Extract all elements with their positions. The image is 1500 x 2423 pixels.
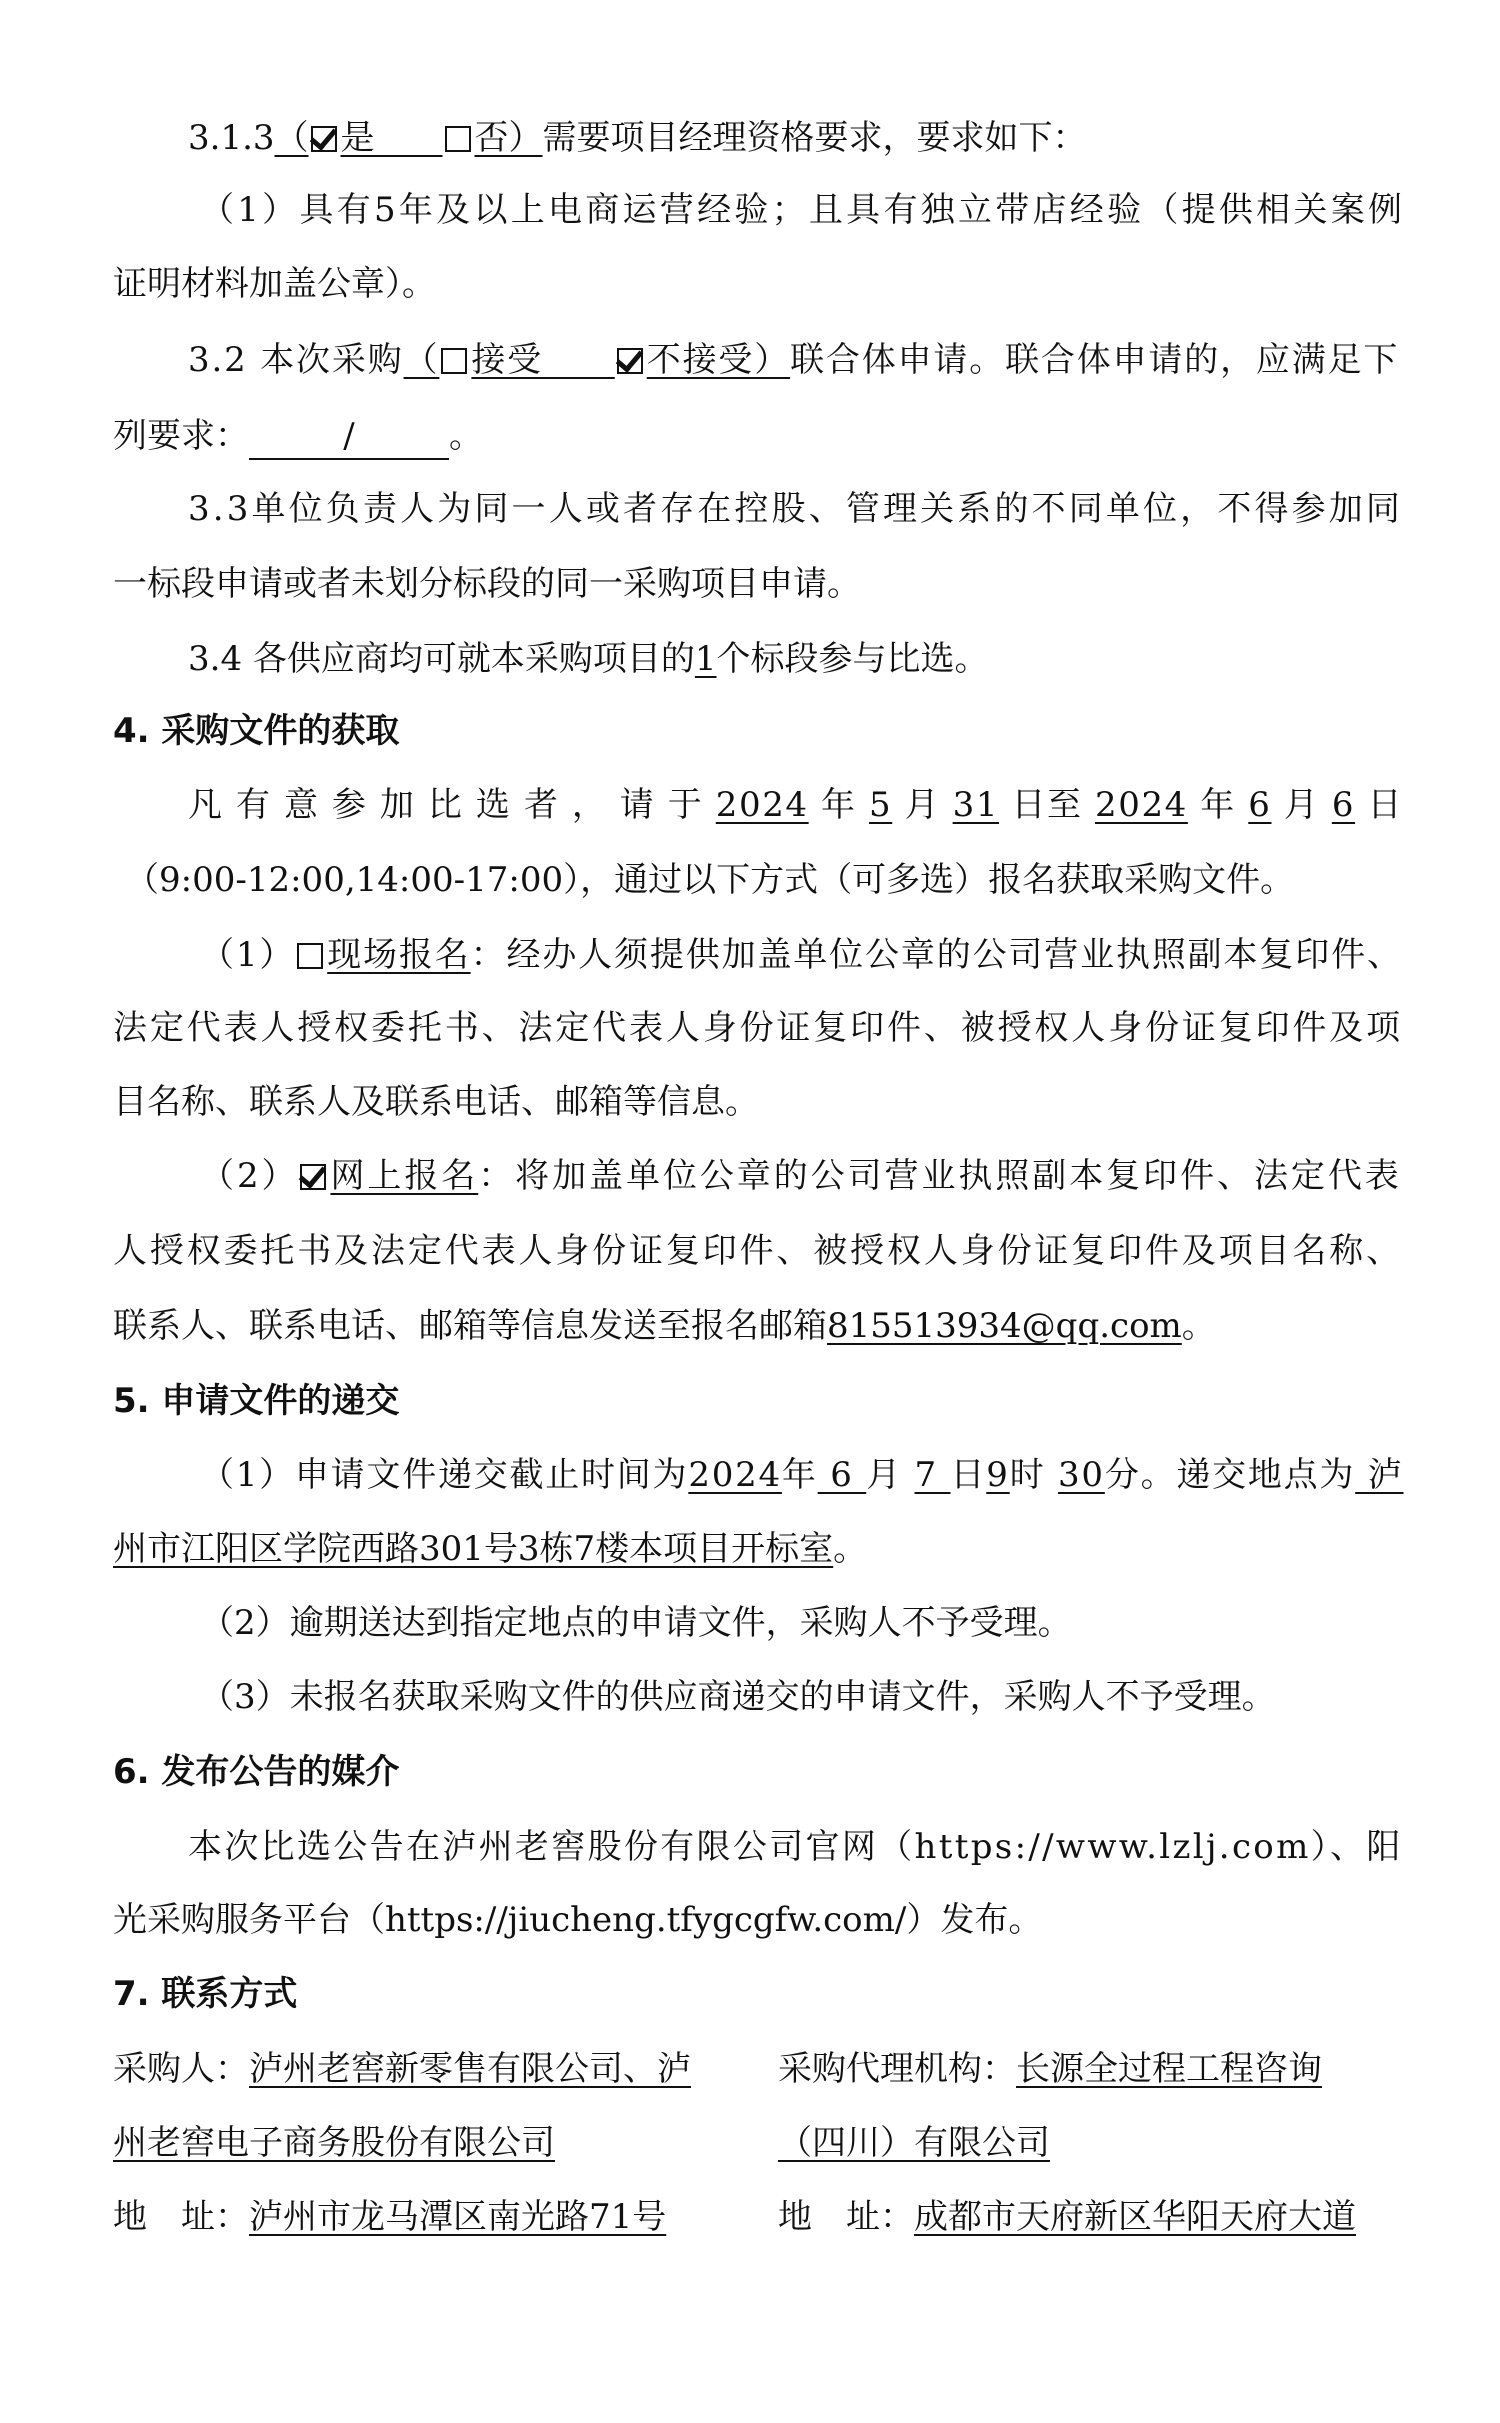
underlined-option-group: （接受 不接受） [404, 340, 791, 380]
purchaser-address: 泸州市龙马潭区南光路71号 [249, 2197, 666, 2237]
paragraph-line: （1）申请文件递交截止时间为2024年 6 月 7 日9时 30分。递交地点为 … [200, 1445, 1404, 1505]
paragraph-line: 一标段申请或者未划分标段的同一采购项目申请。 [113, 554, 861, 614]
paragraph-line: 3.1.3（是 否）需要项目经理资格要求，要求如下： [188, 108, 1087, 168]
underlined-option-group: 现场报名 [295, 935, 470, 975]
text-run: 5. 申请文件的递交 [113, 1381, 399, 1421]
text-run: 法定代表人授权委托书、法定代表人身份证复印件、被授权人身份证复印件及项 [113, 1008, 1403, 1048]
text-run: 。 [449, 416, 483, 456]
agency-address: 成都市天府新区华阳天府大道 [914, 2197, 1356, 2237]
text-run: 是 [341, 118, 443, 158]
text-run: （2）逾期送达到指定地点的申请文件，采购人不予受理。 [200, 1603, 1072, 1643]
paragraph-line: 光采购服务平台（https://jiucheng.tfygcgfw.com/）发… [113, 1890, 1042, 1950]
agency-name-line2: （四川）有限公司 [778, 2123, 1050, 2163]
text-run: （ [404, 340, 440, 380]
text-run: 。 [1182, 1306, 1216, 1346]
text-run: 月 [1271, 785, 1331, 825]
paragraph-line: （1）具有5年及以上电商运营经验；且具有独立带店经验（提供相关案例 [200, 180, 1405, 240]
text-run: 本次比选公告在泸州老窖股份有限公司官网（https://www.lzlj.com… [188, 1827, 1403, 1867]
text-run: 分。递交地点为 [1105, 1455, 1355, 1495]
paragraph-line: 证明材料加盖公章）。 [113, 254, 436, 314]
paragraph-line: 目名称、联系人及联系电话、邮箱等信息。 [113, 1072, 759, 1132]
section-heading: 5. 申请文件的递交 [113, 1371, 399, 1431]
underlined-value: 1 [695, 639, 717, 679]
text-run: 4. 采购文件的获取 [113, 711, 399, 751]
text-run: 需要项目经理资格要求，要求如下： [543, 118, 1087, 158]
underlined-value: 9 [986, 1455, 1009, 1495]
purchaser-address-label: 地 址： [113, 2197, 249, 2237]
section-heading: 4. 采购文件的获取 [113, 701, 399, 761]
underlined-value: 6 [1332, 785, 1355, 825]
text-run: 3.3单位负责人为同一人或者存在控股、管理关系的不同单位，不得参加同 [188, 489, 1403, 529]
paragraph-line: 州市江阳区学院西路301号3栋7楼本项目开标室。 [113, 1519, 867, 1579]
text-run: （1） [200, 935, 295, 975]
accept-checkbox-icon [441, 348, 467, 374]
underlined-value: 31 [953, 785, 999, 825]
underlined-option-group: （是 否） [275, 118, 543, 158]
underlined-value: 2024 [1095, 785, 1188, 825]
paragraph-line: （9:00-12:00,14:00-17:00），通过以下方式（可多选）报名获取… [125, 850, 1294, 910]
text-run: 3.1.3 [188, 118, 275, 158]
text-run: 列要求： [113, 416, 249, 456]
text-run: 6. 发布公告的媒介 [113, 1752, 399, 1792]
text-run: 时 [1010, 1455, 1058, 1495]
paragraph-line: （2）逾期送达到指定地点的申请文件，采购人不予受理。 [200, 1593, 1072, 1653]
paragraph-line: 本次比选公告在泸州老窖股份有限公司官网（https://www.lzlj.com… [188, 1817, 1403, 1877]
underlined-value: 30 [1058, 1455, 1105, 1495]
text-run: 月 [892, 785, 952, 825]
underlined-value: 2024 [688, 1455, 782, 1495]
text-run: 联合体申请。联合体申请的，应满足下 [790, 340, 1399, 380]
paragraph-line: 3.4 各供应商均可就本采购项目的1个标段参与比选。 [188, 629, 989, 689]
text-run: （1）具有5年及以上电商运营经验；且具有独立带店经验（提供相关案例 [200, 190, 1405, 230]
blank-field: / [249, 414, 449, 460]
purchaser-address-row: 地 址：泸州市龙马潭区南光路71号 [113, 2187, 666, 2247]
agency-row-continued: （四川）有限公司 [778, 2113, 1050, 2173]
underlined-value: 6 [1248, 785, 1271, 825]
section-heading: 7. 联系方式 [113, 1964, 297, 2024]
agency-address-label: 地 址： [778, 2197, 914, 2237]
text-run: 日 [1355, 785, 1403, 825]
not-accept-checkbox-icon [617, 348, 643, 374]
underlined-value: 6 [818, 1455, 867, 1495]
paragraph-line: 凡 有 意 参 加 比 选 者 ， 请 于 2024 年 5 月 31 日至 2… [188, 775, 1403, 835]
text-run: 证明材料加盖公章）。 [113, 264, 436, 304]
purchaser-row-continued: 州老窖电子商务股份有限公司 [113, 2113, 555, 2173]
text-run: 年 [782, 1455, 818, 1495]
section-heading: 6. 发布公告的媒介 [113, 1742, 399, 1802]
text-run: ：将加盖单位公章的公司营业执照副本复印件、法定代表 [478, 1156, 1401, 1196]
underlined-value: 泸 [1355, 1455, 1403, 1495]
text-run: 3.2 本次采购 [188, 340, 404, 380]
text-run: （3）未报名获取采购文件的供应商递交的申请文件，采购人不予受理。 [200, 1677, 1276, 1717]
text-run: 一标段申请或者未划分标段的同一采购项目申请。 [113, 564, 861, 604]
purchaser-label: 采购人： [113, 2049, 249, 2089]
document-page: 3.1.3（是 否）需要项目经理资格要求，要求如下：（1）具有5年及以上电商运营… [0, 0, 1500, 2423]
text-run: ：经办人须提供加盖单位公章的公司营业执照副本复印件、 [471, 935, 1403, 975]
underlined-value: 州市江阳区学院西路301号3栋7楼本项目开标室 [113, 1529, 833, 1569]
text-run: 个标段参与比选。 [717, 639, 989, 679]
underlined-value: 2024 [716, 785, 809, 825]
online-registration-checkbox-icon [300, 1164, 326, 1190]
paragraph-line: 列要求：/。 [113, 406, 483, 466]
text-run: 网上报名 [330, 1156, 478, 1196]
agency-label: 采购代理机构： [778, 2049, 1016, 2089]
text-run: 接受 [471, 340, 614, 380]
text-run: 日 [951, 1455, 987, 1495]
text-run: 联系人、联系电话、邮箱等信息发送至报名邮箱 [113, 1306, 827, 1346]
onsite-registration-checkbox-icon [297, 943, 323, 969]
email-link[interactable]: 815513934@qq.com [827, 1306, 1182, 1346]
text-run: 光采购服务平台（https://jiucheng.tfygcgfw.com/）发… [113, 1900, 1042, 1940]
paragraph-line: （1）现场报名：经办人须提供加盖单位公章的公司营业执照副本复印件、 [200, 925, 1403, 985]
text-run: （2） [200, 1156, 298, 1196]
text-run: 目名称、联系人及联系电话、邮箱等信息。 [113, 1082, 759, 1122]
text-run: 日至 [999, 785, 1095, 825]
text-run: 年 [1188, 785, 1248, 825]
text-run: （9:00-12:00,14:00-17:00），通过以下方式（可多选）报名获取… [125, 860, 1294, 900]
underlined-value: 5 [869, 785, 892, 825]
yes-checkbox-icon [311, 126, 337, 152]
paragraph-line: （3）未报名获取采购文件的供应商递交的申请文件，采购人不予受理。 [200, 1667, 1276, 1727]
text-run: 。 [833, 1529, 867, 1569]
agency-name-line1: 长源全过程工程咨询 [1016, 2049, 1322, 2089]
no-checkbox-icon [445, 126, 471, 152]
paragraph-line: 人授权委托书及法定代表人身份证复印件、被授权人身份证复印件及项目名称、 [113, 1221, 1403, 1281]
text-run: 凡 有 意 参 加 比 选 者 ， 请 于 [188, 785, 716, 825]
purchaser-name-line2: 州老窖电子商务股份有限公司 [113, 2123, 555, 2163]
text-run: 不接受） [647, 340, 790, 380]
purchaser-row: 采购人：泸州老窖新零售有限公司、泸 [113, 2039, 691, 2099]
text-run: （ [275, 118, 309, 158]
paragraph-line: 法定代表人授权委托书、法定代表人身份证复印件、被授权人身份证复印件及项 [113, 998, 1403, 1058]
text-run: 否） [475, 118, 543, 158]
paragraph-line: 3.2 本次采购（接受 不接受）联合体申请。联合体申请的，应满足下 [188, 330, 1399, 390]
text-run: 7. 联系方式 [113, 1974, 297, 2014]
text-run: 人授权委托书及法定代表人身份证复印件、被授权人身份证复印件及项目名称、 [113, 1231, 1403, 1271]
purchaser-name-line1: 泸州老窖新零售有限公司、泸 [249, 2049, 691, 2089]
text-run: （1）申请文件递交截止时间为 [200, 1455, 688, 1495]
text-run: 月 [866, 1455, 914, 1495]
text-run: 年 [809, 785, 869, 825]
underlined-value: 7 [915, 1455, 951, 1495]
text-run: 3.4 各供应商均可就本采购项目的 [188, 639, 695, 679]
agency-address-row: 地 址：成都市天府新区华阳天府大道 [778, 2187, 1356, 2247]
underlined-option-group: 网上报名 [298, 1156, 478, 1196]
paragraph-line: （2）网上报名：将加盖单位公章的公司营业执照副本复印件、法定代表 [200, 1146, 1402, 1206]
agency-row: 采购代理机构：长源全过程工程咨询 [778, 2039, 1322, 2099]
paragraph-line: 3.3单位负责人为同一人或者存在控股、管理关系的不同单位，不得参加同 [188, 479, 1403, 539]
text-run: 现场报名 [327, 935, 470, 975]
paragraph-line: 联系人、联系电话、邮箱等信息发送至报名邮箱815513934@qq.com。 [113, 1296, 1216, 1356]
